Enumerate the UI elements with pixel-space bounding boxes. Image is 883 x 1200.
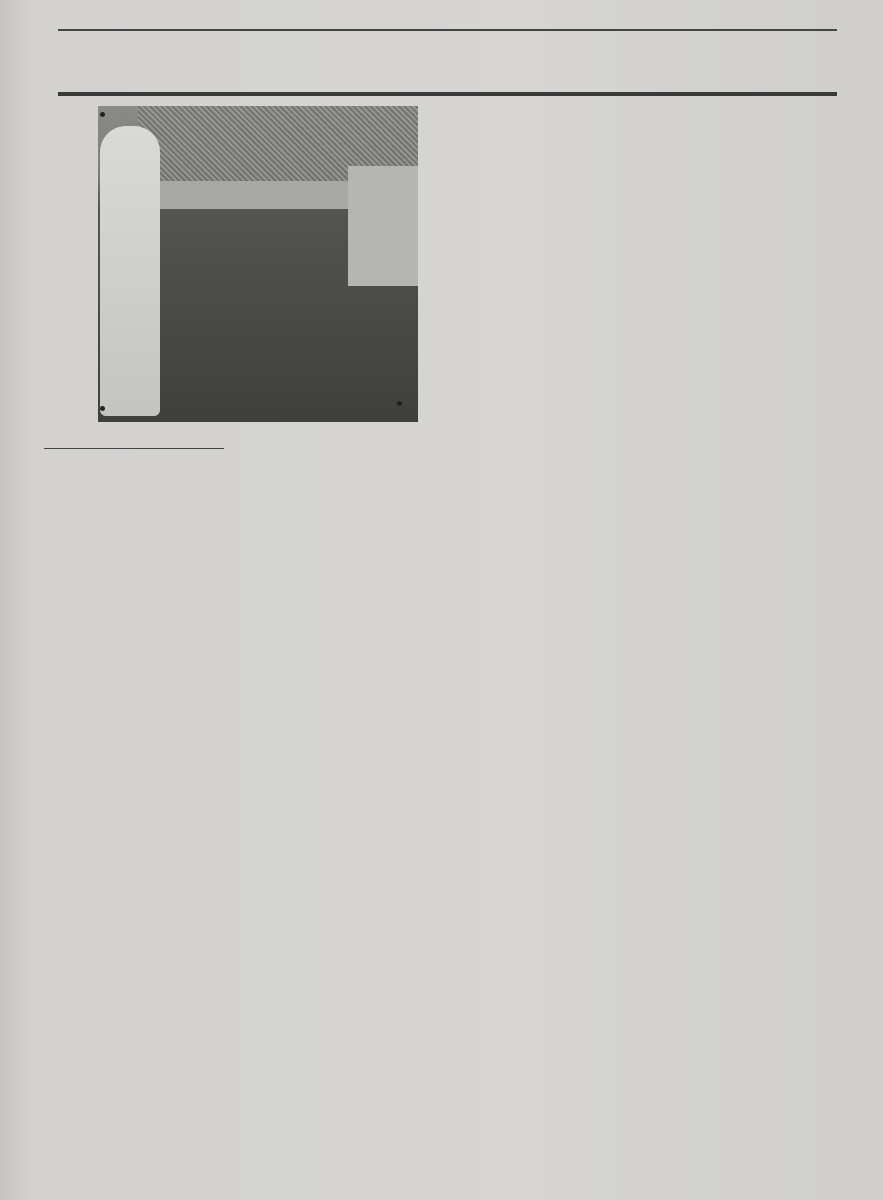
headline-rule xyxy=(58,92,837,96)
header-rule xyxy=(58,29,837,31)
continued-rule xyxy=(44,448,224,449)
photo-tito-speech xyxy=(98,106,418,422)
running-header xyxy=(58,16,837,30)
column-2-top xyxy=(232,436,412,746)
newspaper-page xyxy=(0,0,883,1200)
stand-image-area xyxy=(348,166,418,286)
column-1-top xyxy=(44,452,224,744)
tribune-image-area xyxy=(148,181,348,209)
speaker-figure xyxy=(100,126,160,416)
